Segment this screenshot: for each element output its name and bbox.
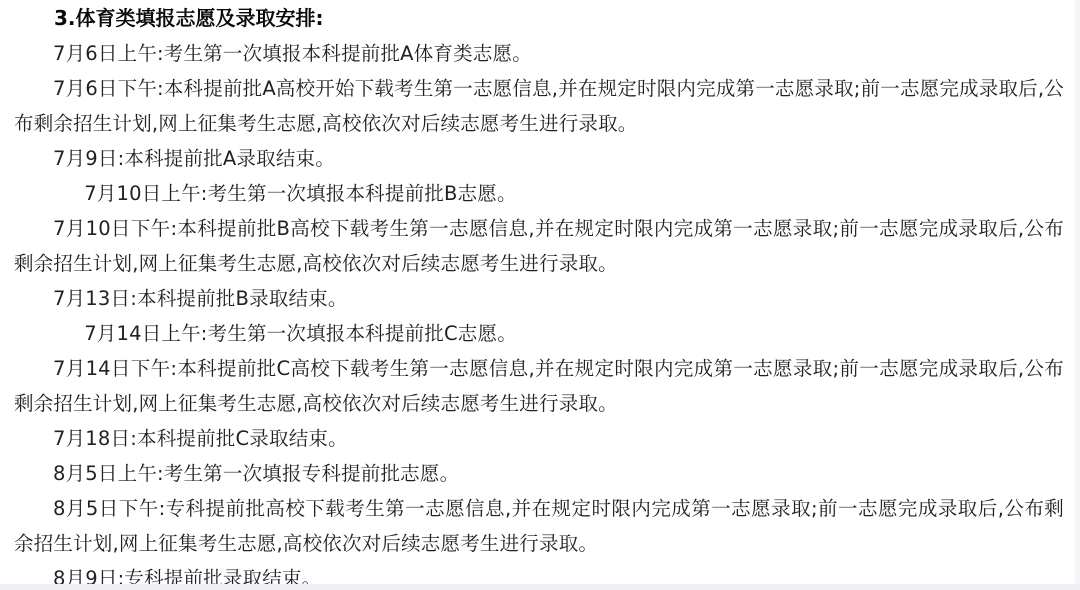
right-edge-divider — [1075, 0, 1080, 590]
paragraph: 7月6日下午:本科提前批A高校开始下载考生第一志愿信息,并在规定时限内完成第一志… — [14, 71, 1064, 141]
paragraph: 7月14日下午:本科提前批C高校下载考生第一志愿信息,并在规定时限内完成第一志愿… — [14, 351, 1064, 421]
document-page: 3.体育类填报志愿及录取安排: 7月6日上午:考生第一次填报本科提前批A体育类志… — [0, 0, 1080, 590]
paragraph: 7月13日:本科提前批B录取结束。 — [14, 281, 1064, 316]
paragraph: 7月6日上午:考生第一次填报本科提前批A体育类志愿。 — [14, 36, 1064, 71]
paragraph: 7月9日:本科提前批A录取结束。 — [14, 141, 1064, 176]
bottom-edge-divider — [0, 584, 1080, 590]
section-title: 3.体育类填报志愿及录取安排: — [14, 1, 1064, 36]
paragraph: 8月5日上午:考生第一次填报专科提前批志愿。 — [14, 456, 1064, 491]
paragraph: 7月10日下午:本科提前批B高校下载考生第一志愿信息,并在规定时限内完成第一志愿… — [14, 211, 1064, 281]
paragraph: 7月18日:本科提前批C录取结束。 — [14, 421, 1064, 456]
paragraph: 7月14日上午:考生第一次填报本科提前批C志愿。 — [14, 316, 1064, 351]
paragraph-list: 7月6日上午:考生第一次填报本科提前批A体育类志愿。7月6日下午:本科提前批A高… — [14, 36, 1064, 590]
paragraph: 8月5日下午:专科提前批高校下载考生第一志愿信息,并在规定时限内完成第一志愿录取… — [14, 491, 1064, 561]
paragraph: 7月10日上午:考生第一次填报本科提前批B志愿。 — [14, 176, 1064, 211]
